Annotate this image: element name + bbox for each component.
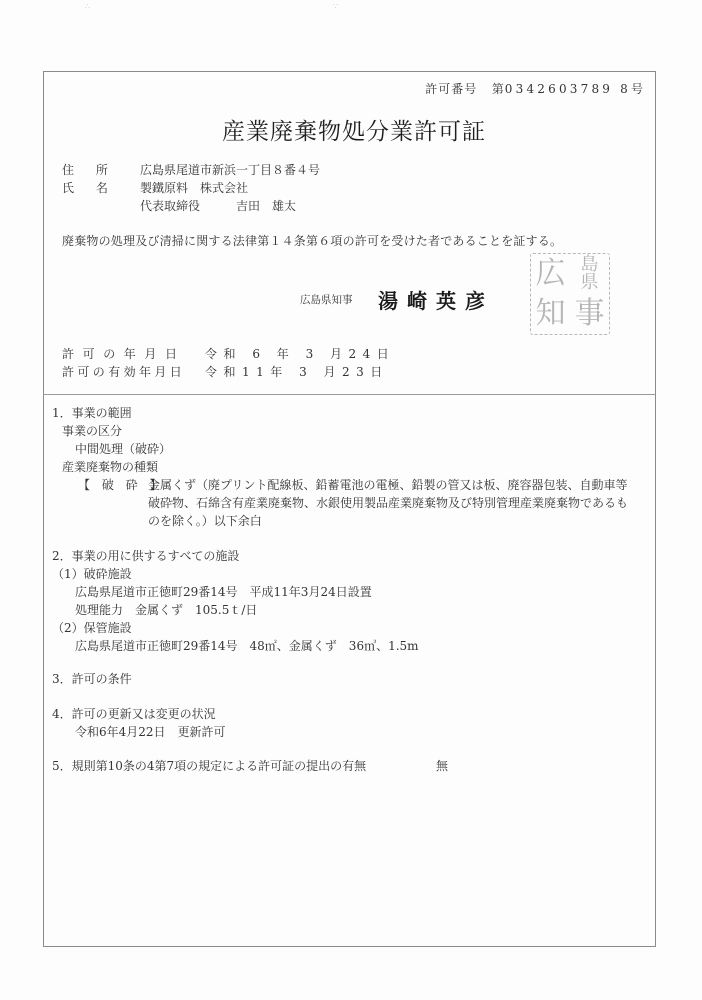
section-divider	[43, 394, 656, 395]
facility-1-capacity: 処理能力 金属くず 105.5ｔ/日	[75, 601, 257, 618]
business-category-label: 事業の区分	[62, 422, 122, 439]
address-value: 広島県尾道市新浜一丁目８番４号	[140, 161, 320, 178]
facility-2-label: （2）保管施設	[52, 619, 132, 636]
issuer-name: 湯崎英彦	[378, 285, 494, 314]
company-name: 製鐵原料 株式会社	[140, 179, 248, 196]
facility-1-location: 広島県尾道市正徳町29番14号 平成11年3月24日設置	[75, 583, 372, 600]
waste-types-label: 産業廃棄物の種類	[62, 458, 158, 475]
section-1-heading: 1．事業の範囲	[52, 404, 132, 421]
permit-number-value: 0342603789 8	[505, 82, 631, 96]
permit-number-label: 許可番号	[425, 82, 477, 96]
facility-1-label: （1）破砕施設	[52, 565, 132, 582]
certification-statement: 廃棄物の処理及び清掃に関する法律第１４条第６項の許可を受けた者であることを証する…	[62, 232, 562, 249]
section-3-heading: 3．許可の条件	[52, 670, 132, 687]
address-label: 住 所	[62, 161, 117, 178]
permit-number: 許可番号 第0342603789 8号	[425, 80, 644, 97]
section-2-heading: 2．事業の用に供するすべての施設	[52, 547, 239, 564]
waste-description-line-3: のを除く。）以下余白	[148, 512, 262, 529]
valid-until-label: 許可の有効年月日	[62, 363, 185, 380]
seal-char: 県	[581, 274, 599, 292]
representative-name: 吉田 雄太	[236, 197, 296, 214]
valid-until-value: 令和11年 3 月23日	[205, 363, 389, 380]
issuer-title: 広島県知事	[300, 292, 353, 307]
permit-number-suffix: 号	[631, 82, 644, 96]
official-seal-icon: 広 島 県 知 事	[530, 253, 610, 335]
permit-date-label: 許可の年月日	[62, 345, 186, 362]
permit-number-prefix: 第	[492, 82, 505, 96]
permit-date-value: 令和 6 年 3 月24日	[205, 345, 395, 362]
seal-char: 広	[531, 254, 570, 294]
facility-2-detail: 広島県尾道市正徳町29番14号 48㎡、金属くず 36㎥、1.5m	[75, 637, 419, 654]
document-title: 産業廃棄物処分業許可証	[222, 113, 486, 146]
scan-artifact: ∵	[333, 2, 338, 11]
name-label: 氏 名	[62, 179, 117, 196]
seal-char: 事	[570, 294, 609, 334]
representative-title: 代表取締役	[140, 197, 200, 214]
business-category-value: 中間処理（破砕）	[75, 440, 171, 457]
seal-char: 知	[531, 294, 570, 334]
renewal-detail: 令和6年4月22日 更新許可	[75, 723, 226, 740]
waste-description-line-2: 破砕物、石綿含有産業廃棄物、水銀使用製品産業廃棄物及び特別管理産業廃棄物であるも	[148, 494, 628, 511]
scan-artifact: ∴	[85, 2, 90, 11]
section-5-heading: 5．規則第10条の4第7項の規定による許可証の提出の有無	[52, 757, 366, 774]
section-4-heading: 4．許可の更新又は変更の状況	[52, 705, 216, 722]
section-5-value: 無	[436, 757, 448, 774]
seal-char-stack: 島 県	[570, 254, 609, 294]
waste-description-line-1: 金属くず（廃プリント配線板、鉛蓄電池の電極、鉛製の管又は板、廃容器包装、自動車等	[148, 476, 628, 493]
